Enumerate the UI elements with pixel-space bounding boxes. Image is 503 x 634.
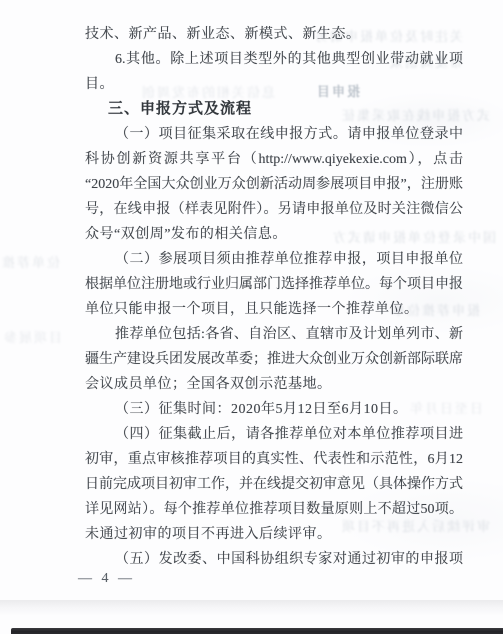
- scan-page-edge: [11, 628, 503, 634]
- text-line: 6.其他。除上述项目类型外的其他典型创业带动就业项: [85, 47, 463, 72]
- text-line: 目。: [85, 72, 463, 97]
- text-line: 详见网站）。每个推荐单位推荐项目数量原则上不超过50项。: [85, 497, 463, 522]
- bleed-through-artifact: 位单荐推: [2, 254, 60, 272]
- text-line: （一）项目征集采取在线申报方式。请申报单位登录中国: [85, 122, 463, 147]
- text-line: 未通过初审的项目不再进入后续评审。: [85, 522, 463, 547]
- text-line: 众号“双创周”发布的相关信息。: [85, 222, 463, 247]
- text-line: 号，在线申报（样表见附件）。另请申报单位及时关注微信公: [85, 197, 463, 222]
- text-line: “2020年全国大众创业万众创新活动周参展项目申报”，注册账: [85, 172, 463, 197]
- section-heading: 三、申报方式及流程: [85, 97, 463, 122]
- text-line: （五）发改委、中国科协组织专家对通过初审的申报项目: [85, 547, 463, 572]
- text-line: 日前完成项目初审工作，并在线提交初审意见（具体操作方式: [85, 472, 463, 497]
- text-line: 初审，重点审核推荐项目的真实性、代表性和示范性，6月12: [85, 447, 463, 472]
- text-line: 单位只能申报一个项目，且只能选择一个推荐单位。: [85, 297, 463, 322]
- scan-shadow-gradient: [0, 600, 503, 616]
- text-line: 会议成员单位；全国各双创示范基地。: [85, 372, 463, 397]
- scanned-document-page: 关注时及位单报申请另布发周创双息信关相的布发周创报申目式方报申线在取采集征国中录…: [0, 0, 503, 634]
- page-number: — 4 —: [78, 569, 135, 589]
- text-line: （四）征集截止后，请各推荐单位对本单位推荐项目进行: [85, 422, 463, 447]
- text-line: 科协创新资源共享平台（http://www.qiyekexie.com），点击: [85, 147, 463, 172]
- text-line: （二）参展项目须由推荐单位推荐申报，项目申报单位可: [85, 247, 463, 272]
- bleed-through-artifact: 目项展参: [2, 329, 62, 347]
- text-line: 技术、新产品、新业态、新模式、新生态。: [85, 22, 463, 47]
- document-lines: 技术、新产品、新业态、新模式、新生态。6.其他。除上述项目类型外的其他典型创业带…: [85, 22, 463, 572]
- text-line: 根据单位注册地或行业归属部门选择推荐单位。每个项目申报: [85, 272, 463, 297]
- text-line: （三）征集时间：2020年5月12日至6月10日。: [85, 397, 463, 422]
- text-line: 疆生产建设兵团发展改革委；推进大众创业万众创新部际联席: [85, 347, 463, 372]
- text-line: 推荐单位包括:各省、自治区、直辖市及计划单列市、新: [85, 322, 463, 347]
